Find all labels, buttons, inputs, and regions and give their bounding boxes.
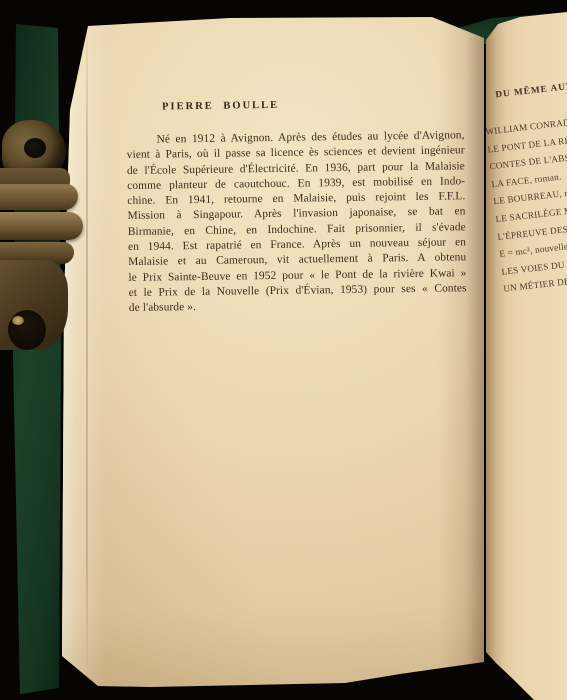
left-page: PIERRE BOULLE Né en 1912 à Avignon. Aprè… bbox=[60, 14, 484, 690]
bio-paragraph: Né en 1912 à Avignon. Après des études a… bbox=[126, 128, 467, 316]
clasp-ridge bbox=[0, 184, 78, 210]
book-photo: PIERRE BOULLE Né en 1912 à Avignon. Aprè… bbox=[0, 0, 567, 700]
clasp-highlight bbox=[12, 316, 24, 325]
bio-text-block: PIERRE BOULLE Né en 1912 à Avignon. Aprè… bbox=[126, 97, 467, 316]
clasp-ridge bbox=[0, 212, 83, 240]
bronze-clasp bbox=[0, 120, 84, 350]
right-page: DU MÊME AUTEUR. WILLIAM CONRAD, roman. L… bbox=[484, 10, 567, 700]
clasp-knob-hole bbox=[24, 138, 46, 158]
